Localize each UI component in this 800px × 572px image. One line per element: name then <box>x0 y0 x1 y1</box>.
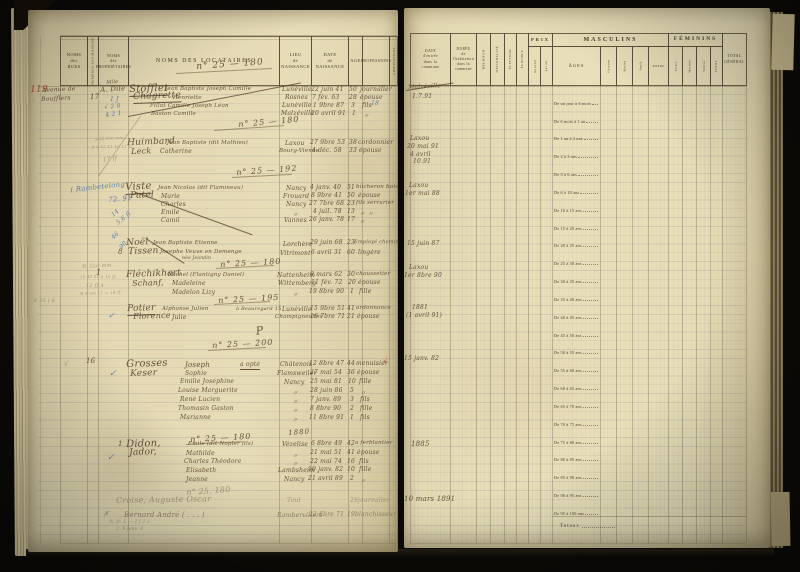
handwritten-mark: 10 janv. 82 <box>308 466 343 473</box>
handwritten-mark: 5 <box>350 387 354 394</box>
handwritten-mark: fille <box>359 288 372 295</box>
page-edge-bottom-right <box>771 492 791 546</box>
handwritten-mark: 28 <box>349 94 357 101</box>
handwritten-mark: 4 déc. 58 <box>312 147 342 154</box>
handwritten-mark: 17 <box>347 216 355 223</box>
header-total-general: TOTAL GÉNÉRAL <box>722 33 747 86</box>
dotted-leader <box>583 407 598 408</box>
handwritten-mark: Michel (Flantigny Daniel) <box>168 272 244 278</box>
rule-line <box>710 86 711 543</box>
handwritten-mark: 1.7.91 <box>412 93 432 100</box>
handwritten-mark: 7 fév. 63 <box>312 94 339 101</box>
photo-of-register: NOMS des RUES NUMÉROS DES MAISONS NOMS d… <box>0 0 800 572</box>
handwritten-mark: 1881 <box>412 304 428 311</box>
handwritten-mark: blanchisseur <box>355 511 396 518</box>
handwritten-mark: 13 <box>347 208 355 215</box>
header-religion: RELIGION <box>476 33 491 86</box>
handwritten-mark: épouse <box>357 369 380 376</box>
handwritten-mark: 15 juin 87 <box>407 240 440 247</box>
handwritten-mark: Emile <box>161 209 179 216</box>
dotted-leader <box>592 104 598 105</box>
rule-line <box>410 86 746 87</box>
header-observations: OBSERVATIONS <box>389 36 398 86</box>
handwritten-mark: a ferblantier <box>355 440 393 446</box>
handwritten-mark: fils <box>360 414 370 421</box>
handwritten-mark: 11 fév. 72 <box>311 279 342 286</box>
handwritten-mark: 33 <box>349 147 357 154</box>
handwritten-mark: à Beauregard 15 <box>236 306 281 312</box>
rule-line <box>540 86 541 543</box>
handwritten-mark: épouse <box>358 279 381 286</box>
rule-line <box>552 86 553 543</box>
handwritten-mark: 〃 <box>292 290 298 299</box>
dotted-leader <box>583 425 598 426</box>
header-masc-garcons: Garçons <box>600 46 617 86</box>
header-masc-total: TOTAL <box>648 46 669 86</box>
handwritten-mark: 41 <box>347 305 355 312</box>
handwritten-mark: 10.91 <box>413 158 431 165</box>
handwritten-mark: 〃 <box>363 111 369 120</box>
handwritten-mark: Jador, <box>129 447 157 458</box>
handwritten-mark: Catherine <box>160 148 192 155</box>
age-range-row: De 65 à 70 ans <box>554 391 599 409</box>
handwritten-mark: y. f2 mm mm <box>95 135 123 141</box>
handwritten-mark: √ <box>64 360 69 368</box>
rule-line <box>746 86 747 543</box>
handwritten-mark: 22 8bre 71 <box>309 511 344 518</box>
rule-line <box>552 516 746 517</box>
handwritten-mark: 25 mai 81 <box>310 378 342 385</box>
handwritten-mark: 6 avril 31 <box>311 249 342 256</box>
rule-line <box>648 86 649 543</box>
handwritten-mark: 44 <box>347 360 355 367</box>
handwritten-mark: 18 <box>371 100 379 107</box>
rule-line <box>668 86 669 543</box>
dotted-leader <box>583 371 598 372</box>
handwritten-mark: 38 <box>349 139 357 146</box>
dotted-leader <box>583 229 598 230</box>
handwritten-mark: Jeanne <box>186 476 208 483</box>
age-range-row: De 25 à 30 ans <box>554 248 599 266</box>
rule-line <box>516 86 517 543</box>
handwritten-mark: 21 <box>347 313 355 320</box>
handwritten-mark: fille <box>359 466 372 473</box>
handwritten-mark: 20 <box>348 279 356 286</box>
handwritten-mark: 21 avril 89 <box>308 475 343 482</box>
rule-line <box>410 543 746 544</box>
handwritten-mark: 27 7bre 68 <box>309 200 344 207</box>
handwritten-mark: 1885 <box>411 440 430 448</box>
handwritten-mark: 1 <box>118 440 123 448</box>
handwritten-mark: 16 <box>86 357 95 365</box>
age-range-row: De 75 à 80 ans <box>554 427 599 445</box>
handwritten-mark: Croise, Auguste Oscar <box>116 494 211 505</box>
age-range-row: De 35 à 40 ans <box>554 284 599 302</box>
age-range-row: De un jour à 6 mois <box>554 88 599 106</box>
dotted-leader <box>583 264 598 265</box>
age-range-row: De 90 à 95 ans <box>554 480 599 498</box>
handwritten-mark: 2 <box>350 475 354 482</box>
handwritten-mark: Lorchère <box>283 241 312 248</box>
dotted-leader <box>583 389 598 390</box>
handwritten-mark: 11 8bre 91 <box>309 414 344 421</box>
handwritten-mark: 50 <box>349 86 357 93</box>
handwritten-mark: 23 <box>347 200 355 207</box>
dotted-leader <box>586 122 598 123</box>
dotted-leader <box>578 157 598 158</box>
handwritten-mark: 4 avril <box>410 151 431 158</box>
header-nationalite: NATIONALITÉ <box>490 33 505 86</box>
header-masculins-group: MASCULINS <box>552 33 669 47</box>
handwritten-mark: 〃 <box>360 476 366 485</box>
handwritten-mark: Charles Théodore <box>184 458 241 465</box>
handwritten-mark: 27 9bre 53 <box>310 139 345 146</box>
handwritten-mark: 〃 <box>292 415 298 424</box>
dotted-leader <box>585 514 598 515</box>
dotted-leader <box>583 246 598 247</box>
header-fem-mariees: Mariées <box>682 46 697 86</box>
age-range-row: De 95 à 100 ans <box>554 498 599 516</box>
handwritten-mark: 22 juin 41 <box>311 86 344 93</box>
handwritten-mark: Marianne <box>180 414 211 421</box>
handwritten-mark: Tissen <box>128 246 159 257</box>
dotted-leader <box>583 460 598 461</box>
header-feminins-group: FÉMININS <box>668 33 723 47</box>
handwritten-mark: Baston Camille <box>151 111 196 117</box>
handwritten-mark: 8 <box>118 248 123 256</box>
handwritten-mark: René Lucien <box>180 396 220 403</box>
handwritten-mark: Laxou <box>285 140 304 147</box>
handwritten-mark: fille <box>360 405 373 412</box>
rule-line <box>60 39 397 40</box>
handwritten-mark: Châtenois <box>280 361 312 368</box>
handwritten-mark: 1 9bre 87 <box>313 102 344 109</box>
handwritten-mark: Nancy <box>286 185 306 192</box>
handwritten-mark: 〃 <box>292 388 298 397</box>
handwritten-mark: épouse <box>358 192 381 199</box>
handwritten-mark: 60 <box>347 249 355 256</box>
header-masc-veufs: Veufs <box>632 46 649 86</box>
handwritten-mark: 8 8bre 90 <box>310 405 341 412</box>
handwritten-mark: 26 janv. 78 <box>309 216 344 223</box>
age-range-row: De 60 à 65 ans <box>554 373 599 391</box>
rule-line <box>389 86 390 543</box>
age-range-row: De 10 à 15 ans <box>554 195 599 213</box>
rule-line <box>60 86 61 543</box>
handwritten-mark: 1 <box>350 288 354 295</box>
handwritten-mark: chaussetier <box>356 271 390 277</box>
age-range-row: De 2 à 3 ans <box>554 141 599 159</box>
handwritten-mark: née Jeandin <box>182 256 211 261</box>
handwritten-mark: 3 <box>351 102 355 109</box>
handwritten-mark: 1 <box>352 110 356 117</box>
handwritten-mark: 1er 8bre 90 <box>404 272 442 279</box>
rule-line <box>632 86 633 543</box>
dotted-leader <box>583 300 598 301</box>
rule-line <box>450 86 451 543</box>
handwritten-mark: 50 <box>347 192 355 199</box>
handwritten-mark: 16 <box>347 458 355 465</box>
handwritten-mark: Elisabeth <box>186 467 216 474</box>
handwritten-mark: journalier <box>360 86 392 93</box>
handwritten-mark: Jean Nicolas (dit Flamineau) <box>158 185 243 191</box>
dotted-leader <box>582 527 615 528</box>
dotted-leader <box>583 318 598 319</box>
handwritten-mark: 16 7bre 71 <box>310 313 345 320</box>
handwritten-mark: ✓ <box>107 453 115 463</box>
handwritten-mark: ✓ <box>109 369 117 379</box>
handwritten-mark: lingère <box>358 249 381 256</box>
handwritten-mark: Vézelise <box>282 441 308 448</box>
header-fem-veuves: Veuves <box>696 46 711 86</box>
header-professions: PROFESSIONS <box>362 36 390 86</box>
handwritten-mark: 29 <box>350 497 358 504</box>
handwritten-mark: 36 <box>347 369 355 376</box>
handwritten-mark: 2. 9 janv. 9 <box>116 527 143 532</box>
header-prix-group: PRIX <box>528 33 553 47</box>
handwritten-mark: 28 juin 86 <box>310 387 343 394</box>
age-range-row: De 85 à 90 ans <box>554 462 599 480</box>
rule-line <box>40 36 41 543</box>
dotted-leader <box>584 139 598 140</box>
handwritten-mark: 22 mai 74 <box>310 458 342 465</box>
handwritten-mark: fils <box>360 396 370 403</box>
handwritten-mark: 15 janv. 82 <box>404 355 439 362</box>
handwritten-mark: Henriette <box>173 95 202 101</box>
handwritten-mark: journalier <box>358 497 390 504</box>
age-range-row: De 45 à 50 ans <box>554 320 599 338</box>
handwritten-mark: 〃 <box>292 397 298 406</box>
age-range-row: De 20 à 25 ans <box>554 231 599 249</box>
handwritten-mark: 〃 <box>292 406 298 415</box>
handwritten-mark: p a 12 11 10 17 % <box>92 144 132 149</box>
handwritten-mark: Nancy <box>286 201 306 208</box>
handwritten-mark: 6 8bre 49 <box>311 440 342 447</box>
handwritten-mark: Leck <box>131 146 151 156</box>
age-range-row: De 1 an à 2 ans <box>554 124 599 142</box>
handwritten-mark: Vannes <box>284 217 307 224</box>
rule-line <box>490 86 491 543</box>
handwritten-mark: fils <box>359 458 369 465</box>
rule-line <box>696 86 697 543</box>
dotted-leader <box>583 282 598 283</box>
handwritten-mark: Emilie Joséphine <box>180 378 234 385</box>
header-date-entree: DATE d'entrée dans la commune <box>410 33 451 86</box>
rule-line <box>616 86 617 543</box>
dotted-leader <box>583 478 598 479</box>
dotted-leader <box>583 443 598 444</box>
handwritten-mark: Louise Marguerite <box>178 387 238 394</box>
dotted-leader <box>583 496 598 497</box>
handwritten-mark: 19 8bre 90 <box>309 288 344 295</box>
handwritten-mark: 15 9bre 51 <box>310 305 345 312</box>
rule-line <box>682 86 683 543</box>
handwritten-mark: √ <box>383 357 388 365</box>
handwritten-mark: Joseph <box>185 361 210 369</box>
handwritten-mark: 4 juil. 78 <box>313 208 342 215</box>
header-fem-filles: Filles <box>668 46 683 86</box>
age-range-row: De 40 à 45 ans <box>554 302 599 320</box>
handwritten-mark: épouse <box>357 313 380 320</box>
handwritten-mark: 51 <box>347 184 355 191</box>
handwritten-mark: bûcheron bois <box>356 184 398 190</box>
handwritten-mark: ✓ <box>108 311 115 320</box>
age-range-row: De 15 à 20 ans <box>554 213 599 231</box>
handwritten-mark: 21 mai 51 <box>310 449 342 456</box>
age-range-row: De 30 à 35 ans <box>554 266 599 284</box>
handwritten-mark: Thomasin Gaston <box>178 405 234 412</box>
handwritten-mark: 4 janv. 40 <box>310 184 341 191</box>
handwritten-mark: 20 mai 91 <box>407 143 439 150</box>
handwritten-mark: Sophie <box>185 370 207 377</box>
handwritten-mark: Vitrimont <box>280 250 311 257</box>
header-noms-rues: NOMS des RUES <box>60 36 88 86</box>
header-duree-habitation: DURÉE de l'habitation dans la commune <box>450 33 477 86</box>
handwritten-mark: Frouard <box>283 193 309 200</box>
rule-line <box>722 86 723 543</box>
rule-line <box>397 86 398 543</box>
handwritten-mark: 3 <box>350 396 354 403</box>
handwritten-mark: Madeleine <box>172 280 206 287</box>
handwritten-mark: 29 juin 68 <box>310 239 343 246</box>
handwritten-mark: épouse <box>357 449 380 456</box>
handwritten-mark: 27 mai 54 <box>310 369 342 376</box>
handwritten-mark: 7 janv. 89 <box>310 396 341 403</box>
handwritten-mark: h. fr. 1 — 2 f 2 s <box>110 520 150 525</box>
handwritten-mark: 2 <box>350 405 354 412</box>
rule-line <box>60 543 397 544</box>
handwritten-mark: Mathilde <box>186 450 215 457</box>
handwritten-mark: 〃 <box>359 217 365 226</box>
handwritten-mark: 30 <box>347 271 355 278</box>
handwritten-mark: Julie <box>172 314 187 321</box>
rule-line <box>476 86 477 543</box>
rule-line <box>87 86 88 543</box>
handwritten-mark: 6 20 ( 6 <box>34 298 55 304</box>
handwritten-mark: 42 <box>347 440 355 447</box>
handwritten-mark: fils serrurier <box>356 200 394 206</box>
header-lieu-naissance: LIEU de NAISSANCE <box>279 36 312 86</box>
handwritten-mark: Keser <box>130 368 157 379</box>
dotted-leader <box>583 353 598 354</box>
handwritten-mark: 41 <box>347 449 355 456</box>
age-range-row: De 6 à 10 ans <box>554 177 599 195</box>
handwritten-mark: 10 <box>347 466 355 473</box>
header-masc-maries: Mariés <box>616 46 633 86</box>
handwritten-mark: 12 8bre 47 <box>309 360 344 367</box>
age-range-row: De 55 à 60 ans <box>554 355 599 373</box>
dotted-leader <box>578 175 598 176</box>
handwritten-mark: Camil <box>161 217 180 224</box>
handwritten-mark: P <box>255 324 265 338</box>
handwritten-mark: 1er mai 88 <box>405 190 440 197</box>
dotted-leader <box>580 193 598 194</box>
rule-line <box>528 86 529 543</box>
handwritten-mark: Schanf, <box>132 278 164 288</box>
handwritten-mark: Laxou <box>409 264 428 271</box>
handwritten-mark: Jean Baptiste Etienne <box>153 240 218 246</box>
handwritten-mark: Laxou <box>409 182 428 189</box>
dotted-leader <box>583 211 598 212</box>
page-edge-stack-right <box>770 12 783 548</box>
handwritten-mark: 8 9bre 41 <box>311 192 342 199</box>
handwritten-mark: Lunéville <box>282 306 312 313</box>
handwritten-mark: ✗ <box>103 510 109 518</box>
handwritten-mark: Florence <box>133 311 171 321</box>
age-range-row: De 80 à 85 ans <box>554 445 599 463</box>
header-date-naissance: DATE de NAISSANCE <box>311 36 349 86</box>
rule-line <box>504 86 505 543</box>
handwritten-mark: Madelon Lizy <box>172 289 215 296</box>
handwritten-mark: 20 avril 91 <box>311 110 346 117</box>
handwritten-mark: Jean Baptiste (dit Mathieu) <box>167 140 248 146</box>
handwritten-mark: Laxou <box>410 135 429 142</box>
age-range-row: De 50 à 55 ans <box>554 338 599 356</box>
handwritten-mark: épouse <box>359 147 382 154</box>
handwritten-mark: Nancy <box>284 476 304 483</box>
handwritten-mark: ordonnance <box>356 305 391 311</box>
handwritten-mark: 10 mars 1891 <box>404 495 455 503</box>
handwritten-mark: Employé chemin <box>354 239 399 245</box>
handwritten-mark: 12 ff 4 <box>86 283 104 289</box>
handwritten-mark: Rosnes <box>285 94 308 101</box>
handwritten-mark: Marie <box>161 193 180 200</box>
handwritten-mark: 1 <box>350 414 354 421</box>
page-edge-top-right <box>771 14 794 71</box>
handwritten-mark: cordonnier <box>358 139 393 146</box>
handwritten-mark: a opté <box>240 361 260 370</box>
handwritten-mark: 1 <box>96 268 101 277</box>
handwritten-mark: Nancy <box>284 379 304 386</box>
handwritten-mark: 9 mars 62 <box>310 271 342 278</box>
rule-line <box>98 86 99 543</box>
dotted-leader <box>583 336 598 337</box>
handwritten-mark: 17 <box>90 93 99 101</box>
handwritten-mark: Lunéville <box>282 86 312 93</box>
handwritten-mark: Lunéville <box>282 102 312 109</box>
totaux-row: Totaux <box>560 524 616 529</box>
age-recap-column: De un jour à 6 moisDe 6 mois à 1 anDe 1 … <box>554 88 599 516</box>
handwritten-mark: 1880 <box>288 427 310 437</box>
rule-line <box>600 86 601 543</box>
handwritten-mark: 10 <box>348 378 356 385</box>
rule-line <box>60 35 397 36</box>
handwritten-mark: Bernard André ( . . . ) <box>124 511 205 519</box>
age-range-row: De 6 mois à 1 an <box>554 106 599 124</box>
age-range-row: De 3 à 6 ans <box>554 159 599 177</box>
handwritten-mark: Toul <box>287 497 301 504</box>
header-ages: ÂGES <box>552 46 601 86</box>
handwritten-mark: fille <box>359 378 372 385</box>
handwritten-mark: (1 avril 91) <box>406 312 442 319</box>
age-range-row: De 70 à 75 ans <box>554 409 599 427</box>
handwritten-mark: 19 <box>347 511 355 518</box>
